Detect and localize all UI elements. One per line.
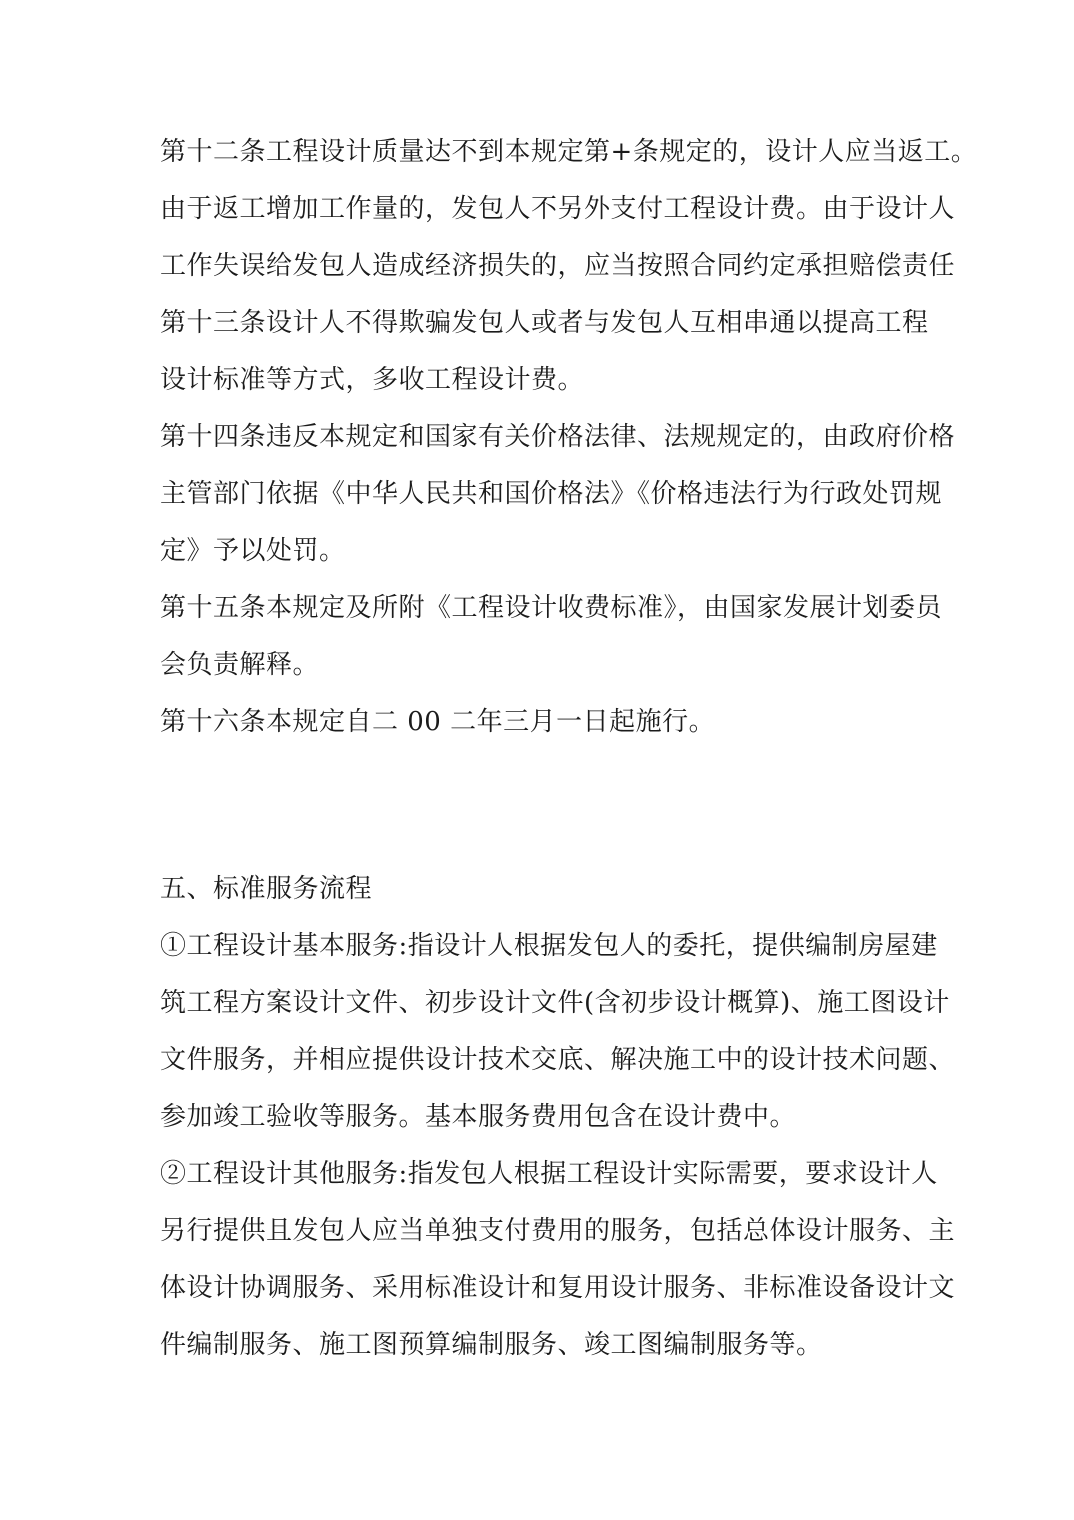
text-line: 文件服务，并相应提供设计技术交底、解决施工中的设计技术问题、 (160, 1032, 950, 1089)
document-page: 第十二条工程设计质量达不到本规定第+条规定的，设计人应当返工。 由于返工增加工作… (0, 0, 1074, 1520)
section-spacer (160, 751, 950, 861)
text-line: 会负责解释。 (160, 637, 950, 694)
text-line: 主管部门依据《中华人民共和国价格法》《价格违法行为行政处罚规 (160, 466, 950, 523)
text-line: 筑工程方案设计文件、初步设计文件(含初步设计概算)、施工图设计 (160, 975, 950, 1032)
section-heading: 五、标准服务流程 (160, 861, 950, 918)
text-line: 第十三条设计人不得欺骗发包人或者与发包人互相串通以提高工程 (160, 295, 950, 352)
paragraph-basic-services: ①工程设计基本服务:指设计人根据发包人的委托，提供编制房屋建 筑工程方案设计文件… (160, 918, 950, 1146)
text-line: 参加竣工验收等服务。基本服务费用包含在设计费中。 (160, 1089, 950, 1146)
text-line: 第十二条工程设计质量达不到本规定第+条规定的，设计人应当返工。 (160, 124, 950, 181)
paragraph-article-12: 第十二条工程设计质量达不到本规定第+条规定的，设计人应当返工。 由于返工增加工作… (160, 124, 950, 295)
text-line: ②工程设计其他服务:指发包人根据工程设计实际需要，要求设计人 (160, 1146, 950, 1203)
document-text-block: 第十二条工程设计质量达不到本规定第+条规定的，设计人应当返工。 由于返工增加工作… (160, 124, 950, 1374)
paragraph-article-15: 第十五条本规定及所附《工程设计收费标准》，由国家发展计划委员 会负责解释。 (160, 580, 950, 694)
text-line: 体设计协调服务、采用标准设计和复用设计服务、非标准设备设计文 (160, 1260, 950, 1317)
text-line: 另行提供且发包人应当单独支付费用的服务，包括总体设计服务、主 (160, 1203, 950, 1260)
text-line: 由于返工增加工作量的，发包人不另外支付工程设计费。由于设计人 (160, 181, 950, 238)
text-line: 第十五条本规定及所附《工程设计收费标准》，由国家发展计划委员 (160, 580, 950, 637)
text-line: 第十四条违反本规定和国家有关价格法律、法规规定的，由政府价格 (160, 409, 950, 466)
text-line: 设计标准等方式，多收工程设计费。 (160, 352, 950, 409)
paragraph-article-13: 第十三条设计人不得欺骗发包人或者与发包人互相串通以提高工程 设计标准等方式，多收… (160, 295, 950, 409)
text-line: 第十六条本规定自二 00 二年三月一日起施行。 (160, 694, 950, 751)
text-line: 工作失误给发包人造成经济损失的，应当按照合同约定承担赔偿责任 (160, 238, 950, 295)
paragraph-article-16: 第十六条本规定自二 00 二年三月一日起施行。 (160, 694, 950, 751)
paragraph-article-14: 第十四条违反本规定和国家有关价格法律、法规规定的，由政府价格 主管部门依据《中华… (160, 409, 950, 580)
text-line: 件编制服务、施工图预算编制服务、竣工图编制服务等。 (160, 1317, 950, 1374)
paragraph-other-services: ②工程设计其他服务:指发包人根据工程设计实际需要，要求设计人 另行提供且发包人应… (160, 1146, 950, 1374)
text-line: ①工程设计基本服务:指设计人根据发包人的委托，提供编制房屋建 (160, 918, 950, 975)
text-line: 定》予以处罚。 (160, 523, 950, 580)
